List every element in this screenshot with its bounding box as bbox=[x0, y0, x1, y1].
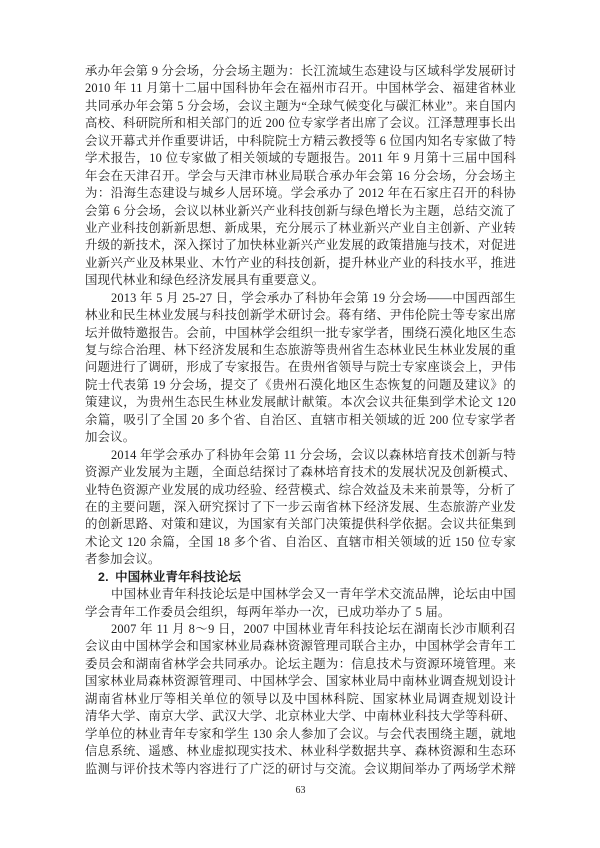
text-line: 业新兴产业及林果业、木竹产业的科技创新，提升林业产业的科技水平，推进我 bbox=[85, 255, 516, 272]
text-line: 2007 年 11 月 8～9 日，2007 中国林业青年科技论坛在湖南长沙市顺… bbox=[85, 621, 516, 638]
text-line: 委员会和湖南省林学会共同承办。论坛主题为：信息技术与资源环境管理。来自 bbox=[85, 656, 516, 673]
text-line: 加会议。 bbox=[85, 429, 516, 446]
text-line: 2013 年 5 月 25-27 日，学会承办了科协年会第 19 分会场——中国… bbox=[85, 290, 516, 307]
text-line: 学会青年工作委员会组织，每两年举办一次，已成功举办了 5 届。 bbox=[85, 604, 516, 621]
text-line: 余篇，吸引了全国 20 多个省、自治区、直辖市相关领域的近 200 位专家学者参 bbox=[85, 412, 516, 429]
text-line: 会议开幕式并作重要讲话，中科院院士方精云教授等 6 位国内知名专家做了特邀 bbox=[85, 133, 516, 150]
text-line: 承办年会第 9 分会场，分会场主题为：长江流域生态建设与区域科学发展研讨会。 bbox=[85, 63, 516, 80]
text-line: 林业和民生林业发展与科技创新学术研讨会。蒋有绪、尹伟伦院士等专家出席论 bbox=[85, 307, 516, 324]
document-page: 承办年会第 9 分会场，分会场主题为：长江流域生态建设与区域科学发展研讨会。20… bbox=[0, 0, 600, 848]
text-block: 承办年会第 9 分会场，分会场主题为：长江流域生态建设与区域科学发展研讨会。20… bbox=[85, 63, 516, 778]
text-line: 中国林业青年科技论坛是中国林学会又一青年学术交流品牌，论坛由中国林 bbox=[85, 586, 516, 603]
text-line: 清华大学、南京大学、武汉大学、北京林业大学、中南林业科技大学等科研、教 bbox=[85, 708, 516, 725]
text-line: 的创新思路、对策和建议，为国家有关部门决策提供科学依据。会议共征集到学 bbox=[85, 516, 516, 533]
text-line: 监测与评价技术等内容进行了广泛的研讨与交流。会议期间举办了两场学术辩论 bbox=[85, 761, 516, 778]
section-heading: 2. 中国林业青年科技论坛 bbox=[85, 569, 516, 586]
text-line: 国家林业局森林资源管理司、中国林学会、国家林业局中南林业调查规划设计院、 bbox=[85, 673, 516, 690]
text-line: 者参加会议。 bbox=[85, 551, 516, 568]
text-line: 资源产业发展为主题，全面总结探讨了森林培育技术的发展状况及创新模式、林 bbox=[85, 464, 516, 481]
text-line: 信息系统、遥感、林业虚拟现实技术、林业科学数据共享、森林资源和生态环境 bbox=[85, 743, 516, 760]
text-line: 在的主要问题，深入研究探讨了下一步云南省林下经济发展、生态旅游产业发展 bbox=[85, 499, 516, 516]
text-line: 策建议，为贵州生态民生林业发展献计献策。本次会议共征集到学术论文 120 bbox=[85, 394, 516, 411]
text-line: 2010 年 11 月第十二届中国科协年会在福州市召开。中国林学会、福建省林业厅 bbox=[85, 80, 516, 97]
text-line: 院士代表第 19 分会场，提交了《贵州石漠化地区生态恢复的问题及建议》的决 bbox=[85, 377, 516, 394]
text-line: 问题进行了调研，形成了专家报告。在贵州省领导与院士专家座谈会上，尹伟伦 bbox=[85, 359, 516, 376]
text-line: 高校、科研院所和相关部门的近 200 位专家学者出席了会议。江泽慧理事长出席 bbox=[85, 115, 516, 132]
text-line: 湖南省林业厅等相关单位的领导以及中国林科院、国家林业局调查规划设计院、 bbox=[85, 691, 516, 708]
text-line: 国现代林业和绿色经济发展具有重要意义。 bbox=[85, 272, 516, 289]
text-line: 为：沿海生态建设与城乡人居环境。学会承办了 2012 年在石家庄召开的科协年 bbox=[85, 185, 516, 202]
text-line: 坛并做特邀报告。会前，中国林学会组织一批专家学者，围绕石漠化地区生态修 bbox=[85, 325, 516, 342]
text-line: 复与综合治理、林下经济发展和生态旅游等贵州省生态林业民生林业发展的重要 bbox=[85, 342, 516, 359]
text-line: 术论文 120 余篇，全国 18 多个省、自治区、直辖市相关领域的近 150 位… bbox=[85, 534, 516, 551]
text-line: 共同承办年会第 5 分会场，会议主题为“全球气候变化与碳汇林业”。来自国内 bbox=[85, 98, 516, 115]
text-line: 业产业科技创新新思想、新成果，充分展示了林业新兴产业自主创新、产业转型 bbox=[85, 220, 516, 237]
text-line: 业特色资源产业发展的成功经验、经营模式、综合效益及未来前景等，分析了存 bbox=[85, 482, 516, 499]
text-line: 学术报告，10 位专家做了相关领域的专题报告。2011 年 9 月第十三届中国科… bbox=[85, 150, 516, 167]
text-line: 2014 年学会承办了科协年会第 11 分会场，会议以森林培育技术创新与特色 bbox=[85, 447, 516, 464]
page-number: 63 bbox=[85, 785, 516, 796]
text-line: 年会在天津召开。学会与天津市林业局联合承办年会第 16 分会场，分会场主题 bbox=[85, 168, 516, 185]
text-line: 会议由中国林学会和国家林业局森林资源管理司联合主办，中国林学会青年工作 bbox=[85, 638, 516, 655]
text-line: 学单位的林业青年专家和学生 130 余人参加了会议。与会代表围绕主题，就地理 bbox=[85, 726, 516, 743]
text-line: 升级的新技术，深入探讨了加快林业新兴产业发展的政策措施与技术，对促进林 bbox=[85, 237, 516, 254]
text-line: 会第 6 分会场，会议以林业新兴产业科技创新与绿色增长为主题，总结交流了林 bbox=[85, 203, 516, 220]
